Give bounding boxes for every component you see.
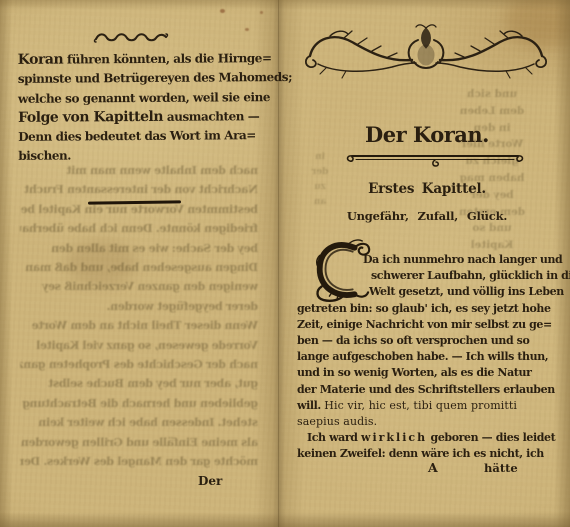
text-line: ben — da ichs so oft versprochen und so xyxy=(297,333,555,349)
text-line: bey der Sache: wie es mit allen den xyxy=(20,239,258,258)
text-line: saepius audis. xyxy=(297,414,555,430)
text-line: Folge von Kapitteln ausmachten — xyxy=(18,107,262,128)
text-line: nach der Geschichte des Propheten ganz xyxy=(20,355,258,374)
signature-mark: A xyxy=(428,460,438,475)
text-line: geblieben und hernach die Betrachtung xyxy=(20,394,258,413)
text-line: Zeit, einige Nachricht von mir selbst zu… xyxy=(297,317,555,333)
text-line: Ich ward wirklich geboren — dies leidet xyxy=(297,430,555,446)
text-line: lange aufgeschoben habe. — Ich wills thu… xyxy=(297,349,555,365)
text-line: und sich xyxy=(430,86,554,103)
section-rule xyxy=(88,200,181,204)
text-line: möchte gar den Mangel des Werkes. Der xyxy=(20,452,258,471)
text-line: Da ich nunmehro nach langer und xyxy=(363,252,555,268)
text-line: spinnste und Betrügereyen des Mahomeds; xyxy=(18,68,262,89)
rococo-headpiece-ornament xyxy=(300,22,552,84)
text-line: Welt gesetzt, und völlig ins Leben xyxy=(369,284,555,300)
page-title: Der Koran. xyxy=(292,122,562,147)
showthrough-text-right-page: und sichdem Lebenin denWorte hiergleich … xyxy=(430,86,554,254)
text-line: gut, aber nur bey dem Buche selbst xyxy=(20,374,258,393)
text-line: wenigen den ganzen Verzeichniß sey xyxy=(20,277,258,296)
text-line: dem Leben xyxy=(430,103,554,120)
text-line: Denn dies bedeutet das Wort im Ara= xyxy=(18,126,262,147)
text-line: stehet. Indessen habe ich weiter kein xyxy=(20,413,258,432)
text-line: der Materie und des Schriftstellers erla… xyxy=(297,382,555,398)
text-line: Wenn dieser Theil nicht an dem Worte xyxy=(20,316,258,335)
text-line: bischen. xyxy=(18,146,262,167)
text-line: der xyxy=(296,165,344,180)
left-page-catchword: Der xyxy=(198,474,222,488)
text-line: Nachricht von der interessanten Frucht xyxy=(20,180,258,199)
title-divider-rule xyxy=(344,150,526,168)
showthrough-text-left-page: nach dem Inhalte wenn man mitNachricht v… xyxy=(20,161,258,472)
showthrough-text-right-margin: inderzuan xyxy=(296,150,344,210)
chapter-subtitle: Ungefähr, Zufall, Glück. xyxy=(292,209,562,223)
fox-spot xyxy=(245,28,249,31)
text-line: und in so wenig Worten, als es die Natur xyxy=(297,365,555,381)
fox-spot xyxy=(220,9,225,13)
text-line: schwerer Laufbahn, glücklich in die xyxy=(371,268,555,284)
chapter-heading: Erstes Kapittel. xyxy=(292,181,562,197)
text-line: an xyxy=(296,195,344,210)
text-line: Dingen ausgesehen habe, und daß man xyxy=(20,258,258,277)
text-line: friedigen könnte. Denn ich habe überhaup… xyxy=(20,219,258,238)
text-line: Vorrede gewesen, so ganz viel Kapitel xyxy=(20,336,258,355)
text-line: derer beygefüget worden. xyxy=(20,297,258,316)
text-line: Koran führen könnten, als die Hirnge= xyxy=(18,49,262,70)
text-line: als meine Einfälle und Grillen geworden xyxy=(20,433,258,452)
paper-stain xyxy=(66,240,136,286)
text-line: will. Hic vir, hic est, tibi quem promit… xyxy=(297,398,555,414)
text-line: in xyxy=(296,150,344,165)
fox-spot xyxy=(260,11,263,14)
decorative-initial-D xyxy=(310,238,372,304)
scroll-row-ornament xyxy=(92,30,170,44)
right-page-catchword: hätte xyxy=(484,461,518,475)
text-line: welche so genannt worden, weil sie eine xyxy=(18,88,262,109)
book-spread-photo: nach dem Inhalte wenn man mitNachricht v… xyxy=(0,0,570,527)
left-page-paragraph: Koran führen könnten, als die Hirnge=spi… xyxy=(18,49,263,166)
